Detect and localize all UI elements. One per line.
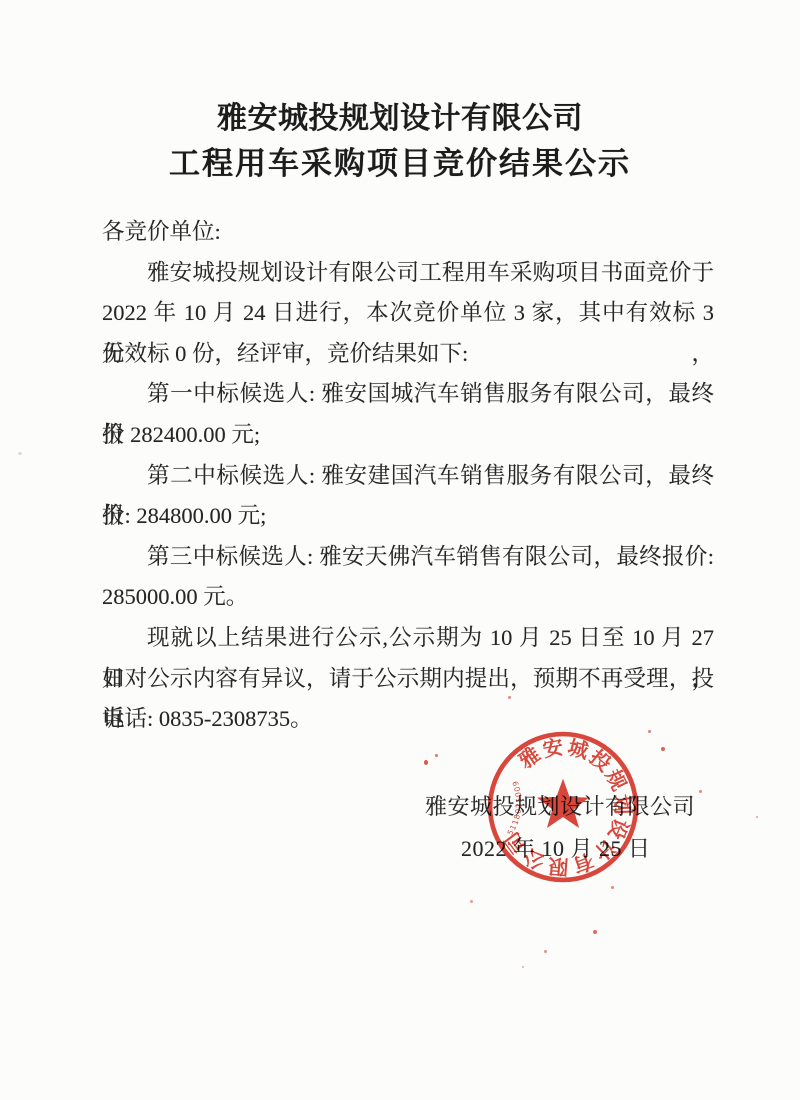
scanned-document-page: 雅安城投规划设计有限公司 工程用车采购项目竞价结果公示 各竞价单位: 雅安城投规…	[0, 0, 800, 1100]
ink-speck	[470, 900, 473, 903]
body-line-price-3: 285000.00 元。	[102, 577, 714, 618]
body-line: 如对公示内容有异议，请于公示期内提出，预期不再受理，投诉	[102, 659, 714, 700]
ink-speck	[611, 886, 614, 889]
body-line-price-2: 价: 284800.00 元;	[102, 496, 714, 537]
salutation-line: 各竞价单位:	[102, 212, 714, 253]
document-title: 雅安城投规划设计有限公司 工程用车采购项目竞价结果公示	[0, 97, 800, 186]
signature-date: 2022 年 10 月 25 日	[461, 832, 651, 863]
ink-speck	[522, 966, 524, 968]
title-line-1: 雅安城投规划设计有限公司	[0, 97, 800, 141]
ink-speck	[661, 747, 665, 751]
signature-company: 雅安城投规划设计有限公司	[425, 790, 695, 821]
ink-speck	[544, 950, 547, 953]
scan-noise-speck	[18, 452, 22, 455]
ink-speck	[435, 754, 438, 757]
body-line: 雅安城投规划设计有限公司工程用车采购项目书面竞价于	[102, 253, 714, 294]
body-line-candidate-2: 第二中标候选人: 雅安建国汽车销售服务有限公司，最终报	[102, 456, 714, 497]
document-body: 各竞价单位: 雅安城投规划设计有限公司工程用车采购项目书面竞价于 2022 年 …	[102, 212, 714, 740]
body-line-candidate-1: 第一中标候选人: 雅安国城汽车销售服务有限公司，最终报	[102, 374, 714, 415]
body-line: 现就以上结果进行公示,公示期为 10 月 25 日至 10 月 27 日，	[102, 618, 714, 659]
title-line-2: 工程用车采购项目竞价结果公示	[0, 141, 800, 186]
ink-speck	[699, 790, 702, 793]
body-line-candidate-3: 第三中标候选人: 雅安天佛汽车销售有限公司，最终报价:	[102, 537, 714, 578]
body-line: 2022 年 10 月 24 日进行，本次竞价单位 3 家，其中有效标 3 份，	[102, 293, 714, 334]
ink-speck	[593, 930, 597, 934]
ink-speck	[424, 760, 428, 765]
body-line-phone: 电话: 0835-2308735。	[102, 699, 714, 740]
body-line-price-1: 价 282400.00 元;	[102, 415, 714, 456]
ink-speck	[756, 816, 758, 818]
